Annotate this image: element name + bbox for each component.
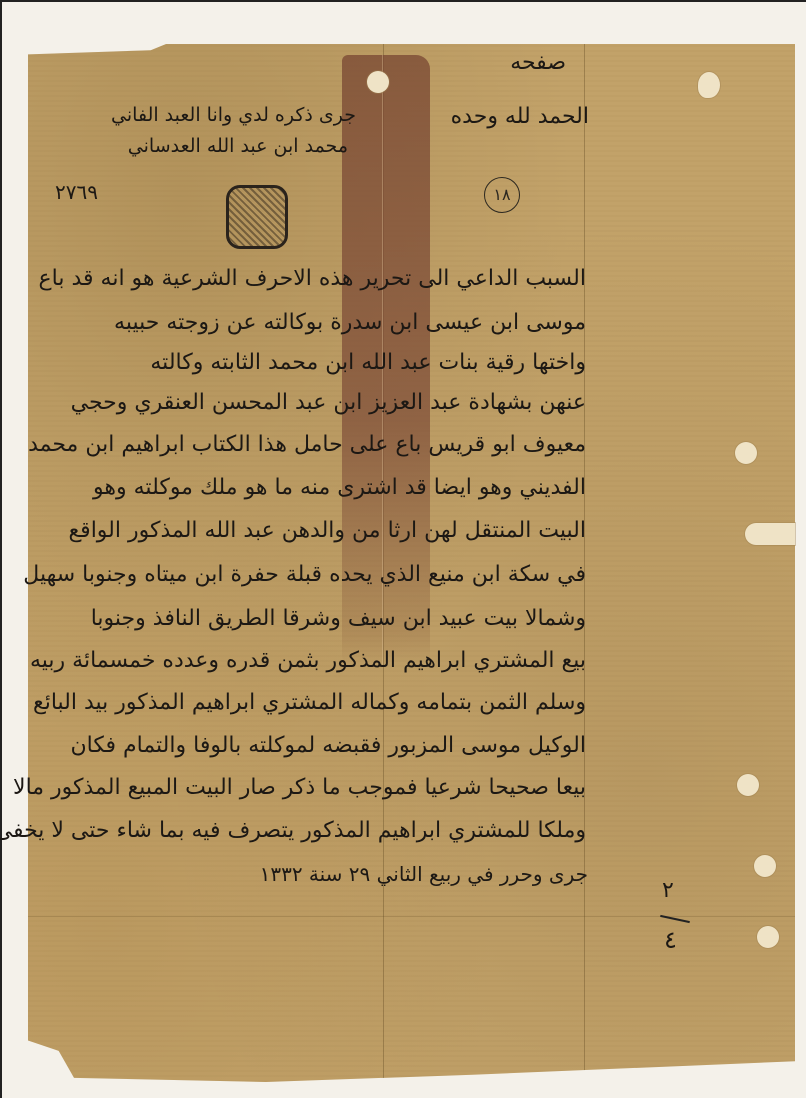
- seal-stamp-icon: [226, 185, 288, 249]
- body-line: عنهن بشهادة عبد العزيز ابن عبد المحسن ال…: [71, 390, 586, 415]
- body-line: السبب الداعي الى تحرير هذه الاحرف الشرعي…: [39, 266, 586, 291]
- body-line: في سكة ابن منيع الذي يحده قبلة حفرة ابن …: [23, 562, 586, 587]
- circled-number: ١٨: [484, 177, 520, 213]
- punch-hole: [735, 442, 757, 464]
- page-label: صفحه: [510, 50, 566, 75]
- punch-hole: [698, 72, 720, 98]
- archive-number: ٢٧٦٩: [55, 180, 98, 204]
- body-line: الفديني وهو ايضا قد اشترى منه ما هو ملك …: [93, 475, 586, 500]
- body-line: بيع المشتري ابراهيم المذكور بثمن قدره وع…: [30, 648, 586, 673]
- punch-hole: [754, 855, 776, 877]
- body-line: البيت المنتقل لهن ارثا من والدهن عبد الل…: [68, 518, 586, 543]
- body-line: وشمالا بيت عبيد ابن سيف وشرقا الطريق الن…: [91, 606, 586, 631]
- punch-hole: [367, 71, 389, 93]
- body-line: بيعا صحيحا شرعيا فموجب ما ذكر صار البيت …: [13, 775, 586, 800]
- fold-line-horizontal: [28, 916, 795, 917]
- folio-fraction-bottom: ٤: [664, 926, 677, 954]
- witness-line-2: محمد ابن عبد الله العدساني: [128, 135, 348, 157]
- invocation: الحمد لله وحده: [451, 104, 589, 129]
- body-line: موسى ابن عيسى ابن سدرة بوكالته عن زوجته …: [114, 310, 586, 335]
- punch-hole: [757, 926, 779, 948]
- body-line: واختها رقية بنات عبد الله ابن محمد الثاب…: [150, 350, 586, 375]
- punch-hole: [737, 774, 759, 796]
- body-line: معيوف ابو قريس باع على حامل هذا الكتاب ا…: [28, 432, 586, 457]
- body-line: وملكا للمشتري ابراهيم المذكور يتصرف فيه …: [0, 818, 586, 843]
- closing-date-line: جرى وحرر في ربيع الثاني ٢٩ سنة ١٣٣٢: [260, 862, 588, 886]
- witness-line-1: جرى ذكره لدي وانا العبد الفاني: [111, 104, 356, 126]
- folio-fraction-top: ٢: [662, 878, 674, 903]
- body-line: وسلم الثمن بتمامه وكماله المشتري ابراهيم…: [33, 690, 586, 715]
- punch-hole: [745, 523, 795, 545]
- body-line: الوكيل موسى المزبور فقبضه لموكلته بالوفا…: [70, 733, 586, 758]
